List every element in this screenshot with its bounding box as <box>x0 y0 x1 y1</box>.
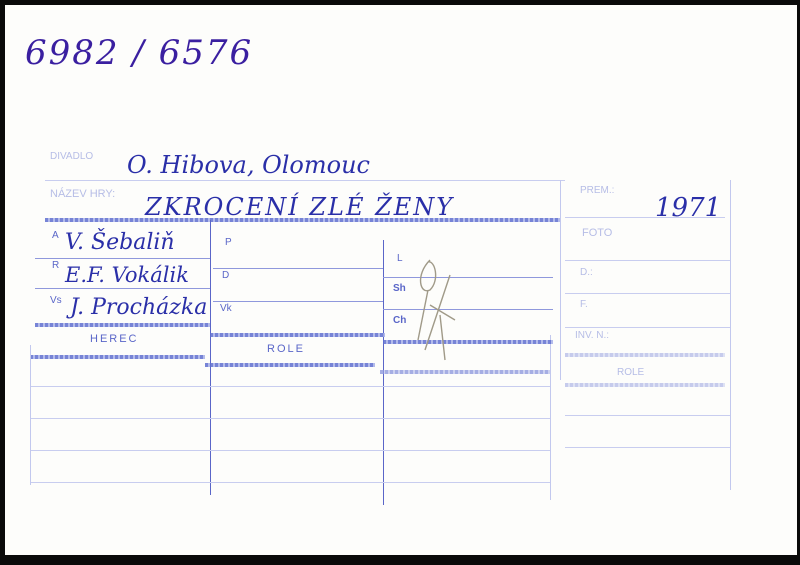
foto-label: FOTO <box>582 227 612 239</box>
divider <box>213 268 383 269</box>
divider <box>565 260 730 261</box>
table-row-line <box>565 415 730 416</box>
table-row-line <box>30 386 550 387</box>
theatre-label: DIVADLO <box>50 151 93 162</box>
divider <box>380 370 550 374</box>
credit-designer: J. Procházka <box>70 295 207 320</box>
play-value: ZKROCENÍ ZLÉ ŽENY <box>145 193 454 221</box>
divider <box>565 217 725 218</box>
divider <box>210 333 385 337</box>
side-label: INV. N.: <box>575 330 609 341</box>
side-label: F. <box>580 299 588 310</box>
credit-code: A <box>52 230 59 241</box>
divider <box>210 220 211 495</box>
divider <box>565 353 725 357</box>
pencil-note <box>410 250 470 365</box>
divider <box>30 355 205 359</box>
archive-number: 6982 / 6576 <box>25 33 253 73</box>
theatre-value: O. Hibova, Olomouc <box>127 151 370 179</box>
table-row-line <box>30 450 550 451</box>
table-row-line <box>30 482 550 483</box>
divider <box>35 323 210 327</box>
credit-code: Vs <box>50 295 62 306</box>
divider <box>35 258 210 259</box>
credit-code: Ch <box>393 315 406 326</box>
divider <box>213 301 383 302</box>
divider <box>565 327 730 328</box>
divider <box>550 335 551 500</box>
credit-code: Vk <box>220 303 232 314</box>
divider <box>565 293 730 294</box>
credit-code: D <box>222 270 229 281</box>
play-label: NÁZEV HRY: <box>50 188 115 200</box>
photo-card: 6982 / 6576 DIVADLO O. Hibova, Olomouc N… <box>5 5 797 555</box>
credit-code: L <box>397 253 403 264</box>
table-row-line <box>565 447 730 448</box>
side-label: D.: <box>580 267 593 278</box>
divider <box>45 180 565 181</box>
table-row-line <box>30 418 550 419</box>
divider <box>560 180 561 380</box>
premiere-label: PREM.: <box>580 185 614 196</box>
divider <box>730 180 731 490</box>
credit-code: R <box>52 260 59 271</box>
premiere-value: 1971 <box>655 193 721 223</box>
column-header-actor: HEREC <box>90 333 139 345</box>
divider <box>565 383 725 387</box>
credit-code: P <box>225 237 232 248</box>
divider <box>30 345 31 485</box>
divider <box>45 218 560 222</box>
credit-director: E.F. Vokálik <box>65 263 189 287</box>
divider <box>35 288 210 289</box>
role-label-right: ROLE <box>617 367 644 378</box>
divider <box>205 363 375 367</box>
column-header-role: ROLE <box>267 343 305 355</box>
credit-code: Sh <box>393 283 406 294</box>
credit-author: V. Šebaliň <box>65 230 175 255</box>
